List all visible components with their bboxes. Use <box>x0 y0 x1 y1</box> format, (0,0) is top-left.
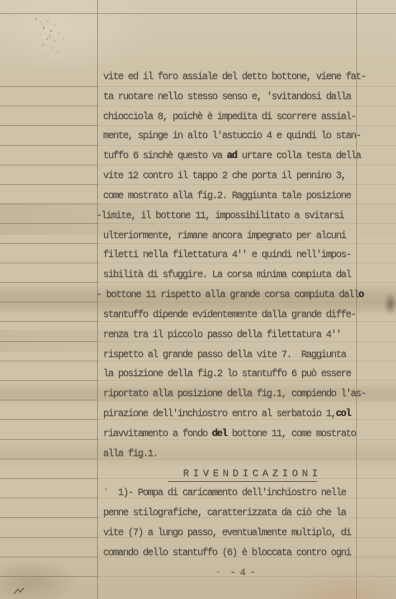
typed-text: R I V E N D I C A Z I O N I <box>183 469 317 480</box>
text-line-content: riportato alla posizione della fig.1, co… <box>103 389 365 400</box>
typed-text: sibilità di sfuggire. La corsa minima co… <box>103 270 351 281</box>
claims-heading-text: R I V E N D I C A Z I O N I <box>168 469 317 482</box>
text-line: comando dello stantuffo (6) è bloccata c… <box>103 544 383 564</box>
text-line-content: filetti nella filettatura 4'' e quindi n… <box>103 250 351 261</box>
text-line: filetti nella filettatura 4'' e quindi n… <box>103 246 383 266</box>
text-line-content: vite (7) a lungo passo, eventualmente mu… <box>103 528 351 539</box>
typed-text: vite 12 contro il tappo 2 che porta il p… <box>103 171 346 182</box>
typed-text: comando dello stantuffo (6) è bloccata c… <box>103 548 351 559</box>
text-line-content: tuffo 6 sinchè questo va ad urtare colla… <box>103 151 360 162</box>
text-line: pirazione dell'inchiostro entro al serba… <box>103 405 383 425</box>
text-line: tuffo 6 sinchè questo va ad urtare colla… <box>103 147 383 167</box>
typed-text <box>220 568 230 579</box>
text-line-content: ta ruotare nello stesso senso e, 'svitan… <box>103 92 351 103</box>
typed-text: tuffo 6 sinchè questo va <box>103 151 227 162</box>
text-line: sibilità di sfuggire. La corsa minima co… <box>103 266 383 286</box>
typed-text: vite ed il foro assiale del detto botton… <box>103 72 365 83</box>
text-line: penne stilografiche, caratterizzata da c… <box>103 504 383 524</box>
text-line-content: riavvitamento a fondo del bottone 11, co… <box>103 429 356 440</box>
text-line-content: alla fig.1. <box>103 449 157 460</box>
typed-text: - <box>215 568 220 579</box>
typed-text: riportato alla posizione della fig.1, co… <box>103 389 365 400</box>
text-line: ' 1)- Pompa di caricamento dell'inchiost… <box>103 484 383 504</box>
typed-text: -limite, il bottone 11, impossibilitato … <box>96 211 344 222</box>
text-line-content: rispetto al grande passo della vite 7. R… <box>103 350 346 361</box>
ruled-lines-left-margin <box>0 86 98 578</box>
typed-text: penne stilografiche, caratterizzata da c… <box>103 508 346 519</box>
text-line: riportato alla posizione della fig.1, co… <box>103 385 383 405</box>
typed-text: ta ruotare nello stesso senso e, 'svitan… <box>103 92 351 103</box>
text-line: vite 12 contro il tappo 2 che porta il p… <box>103 167 383 187</box>
typed-text: mente, spinge in alto l'astuccio 4 e qui… <box>103 131 360 142</box>
text-line: chiocciola 8, poichè è impedita di scorr… <box>103 108 383 128</box>
text-line: rispetto al grande passo della vite 7. R… <box>103 346 383 366</box>
text-line-content: sibilità di sfuggire. La corsa minima co… <box>103 270 351 281</box>
text-line-content: ulteriormente, rimane ancora impegnato p… <box>103 231 346 242</box>
text-line: - bottone 11 rispetto alla grande corsa … <box>96 286 383 306</box>
typed-text: ulteriormente, rimane ancora impegnato p… <box>103 231 346 242</box>
text-line: ulteriormente, rimane ancora impegnato p… <box>103 227 383 247</box>
text-line: ta ruotare nello stesso senso e, 'svitan… <box>103 88 383 108</box>
typed-text: - 4 - <box>230 568 255 579</box>
typed-text: - bottone 11 rispetto alla grande corsa … <box>96 290 358 301</box>
typed-text: come mostrato alla fig.2. Raggiunta tale… <box>103 191 351 202</box>
text-line: renza tra il piccolo passo della filetta… <box>103 326 383 346</box>
typed-text: 1)- Pompa di caricamento dell'inchiostro… <box>108 488 346 499</box>
bottom-left-ink-mark <box>12 586 26 596</box>
typed-text: pirazione dell'inchiostro entro al serba… <box>103 409 336 420</box>
text-line: mente, spinge in alto l'astuccio 4 e qui… <box>103 127 383 147</box>
typed-text: la posizione della fig.2 lo stantuffo 6 … <box>103 369 351 380</box>
text-line-content: mente, spinge in alto l'astuccio 4 e qui… <box>103 131 360 142</box>
claims-heading: R I V E N D I C A Z I O N I <box>183 465 383 485</box>
typed-text: ' <box>103 488 108 499</box>
page-number: - - 4 - <box>215 564 255 584</box>
text-line: vite (7) a lungo passo, eventualmente mu… <box>103 524 383 544</box>
text-line: la posizione della fig.2 lo stantuffo 6 … <box>103 365 383 385</box>
typed-text: vite (7) a lungo passo, eventualmente mu… <box>103 528 351 539</box>
text-line: -limite, il bottone 11, impossibilitato … <box>96 207 383 227</box>
text-line-content: comando dello stantuffo (6) è bloccata c… <box>103 548 351 559</box>
text-line: stantuffo dipende evidentemente dalla gr… <box>103 306 383 326</box>
text-line-content: - bottone 11 rispetto alla grande corsa … <box>96 290 363 301</box>
typed-text: renza tra il piccolo passo della filetta… <box>103 330 341 341</box>
typed-text: bottone 11, come mostrato <box>227 429 356 440</box>
inked-correction: col <box>336 409 351 420</box>
text-line-content: vite 12 contro il tappo 2 che porta il p… <box>103 171 346 182</box>
text-line-content: stantuffo dipende evidentemente dalla gr… <box>103 310 356 321</box>
inked-correction: del <box>212 429 227 440</box>
typed-text: filetti nella filettatura 4'' e quindi n… <box>103 250 351 261</box>
text-line: riavvitamento a fondo del bottone 11, co… <box>103 425 383 445</box>
inked-correction: ad <box>227 151 237 162</box>
text-line-content: vite ed il foro assiale del detto botton… <box>103 72 365 83</box>
text-line-content: -limite, il bottone 11, impossibilitato … <box>96 211 344 222</box>
text-line-content: come mostrato alla fig.2. Raggiunta tale… <box>103 191 351 202</box>
text-line-content: renza tra il piccolo passo della filetta… <box>103 330 341 341</box>
typed-text: riavvitamento a fondo <box>103 429 212 440</box>
typed-text-block: vite ed il foro assiale del detto botton… <box>103 68 383 564</box>
text-line: come mostrato alla fig.2. Raggiunta tale… <box>103 187 383 207</box>
right-edge-stain <box>384 293 396 315</box>
typed-text: alla fig.1. <box>103 449 157 460</box>
text-line: vite ed il foro assiale del detto botton… <box>103 68 383 88</box>
typed-text: stantuffo dipende evidentemente dalla gr… <box>103 310 356 321</box>
text-line-content: pirazione dell'inchiostro entro al serba… <box>103 409 351 420</box>
text-line-content: ' 1)- Pompa di caricamento dell'inchiost… <box>103 488 346 499</box>
typed-text: chiocciola 8, poichè è impedita di scorr… <box>103 112 356 123</box>
typed-text: urtare colla testa della <box>237 151 361 162</box>
scanned-document-page: vite ed il foro assiale del detto botton… <box>0 0 396 599</box>
text-line-content: chiocciola 8, poichè è impedita di scorr… <box>103 112 356 123</box>
inked-correction: o <box>358 290 363 301</box>
text-line: alla fig.1. <box>103 445 383 465</box>
text-line-content: la posizione della fig.2 lo stantuffo 6 … <box>103 369 351 380</box>
typed-text: rispetto al grande passo della vite 7. R… <box>103 350 346 361</box>
text-line-content: penne stilografiche, caratterizzata da c… <box>103 508 346 519</box>
pencil-smudge <box>28 12 72 62</box>
